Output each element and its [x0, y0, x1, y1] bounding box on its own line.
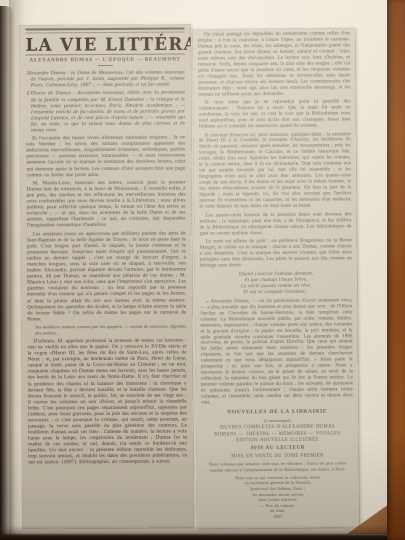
- photo-of-book-page: LA VIE LITTÉRAIRE ALEXANDRE DUMAS — L'ÉP…: [0, 0, 405, 540]
- right-clipping: On s'était partagé les dépouilles du rom…: [193, 28, 359, 528]
- para-block: Le reste est affaire de goût : on préfér…: [200, 238, 352, 269]
- f-note-block: Deux volumes par semaine chez tous les l…: [208, 461, 348, 473]
- right-column-text: On s'était partagé les dépouilles du rom…: [198, 31, 353, 406]
- masthead-byline: ALEXANDRE DUMAS — L'ÉPOQUE — BEAUMONT: [26, 57, 185, 63]
- f-caps-block: ÉDITION NOUVELLE ILLUSTRÉE: [201, 437, 353, 444]
- byline-divider: [98, 65, 113, 66]
- para-block: M. Martin-Léon, historien des lettres, s…: [26, 180, 185, 229]
- left-clipping: LA VIE LITTÉRAIRE ALEXANDRE DUMAS — L'ÉP…: [19, 24, 193, 528]
- para-block: Les quatre-cents lecteurs de la première…: [199, 212, 351, 237]
- note-block: Ses meilleurs romans courent par les épo…: [35, 324, 186, 336]
- left-column-text: Alexandre Dumas : la Dame de Monsoreau, …: [26, 69, 187, 465]
- masthead-rule-bottom: [26, 53, 185, 55]
- masthead-rule-top: [25, 28, 184, 31]
- f-head-block: NOUVELLES DE LA LIBRAIRIE: [201, 408, 353, 416]
- masthead-rule-thin: [26, 31, 185, 33]
- verse-block: Quand s'ouvrait l'antique demeure, Et qu…: [200, 271, 352, 296]
- para-block: Les amateurs (nous en apercevons par mil…: [27, 230, 187, 322]
- photo-bottom-edge: [0, 531, 405, 540]
- f-caps-block: MISE EN VENTE DU TOME PREMIER: [202, 453, 354, 460]
- para-block: Il convient d'inscrire ici, pour mémoire…: [199, 132, 352, 211]
- para-block: D'ailleurs, M. appelant professait la je…: [27, 338, 187, 466]
- clipping-footer: NOUVELLES DE LA LIBRAIRIE(Communiqué)ŒUV…: [201, 408, 354, 520]
- biblio-block: L'Œuvre de Dumas : documents nouveaux, é…: [26, 90, 185, 133]
- f-pyr-block: 1897.: [202, 513, 354, 520]
- para-block: On s'était partagé les dépouilles du rom…: [198, 31, 351, 98]
- para-block: Je veux noter que je ne reprendrai point…: [198, 99, 350, 130]
- f-head2-block: AVIS AU LECTEUR: [201, 446, 353, 453]
- biblio-block: Alexandre Dumas : la Dame de Monsoreau, …: [26, 69, 185, 88]
- masthead-title: LA VIE LITTÉRAIRE: [26, 34, 185, 53]
- table-wood-edge: [387, 0, 405, 540]
- book-gutter-shadow: [0, 6, 15, 540]
- para-block: Et l'occasion des beaux livres d'étrenne…: [26, 135, 185, 178]
- f-small-block: (Communiqué): [201, 417, 353, 423]
- para-block: « Alexandre Dumas, — on lui pardonnerait…: [200, 298, 353, 407]
